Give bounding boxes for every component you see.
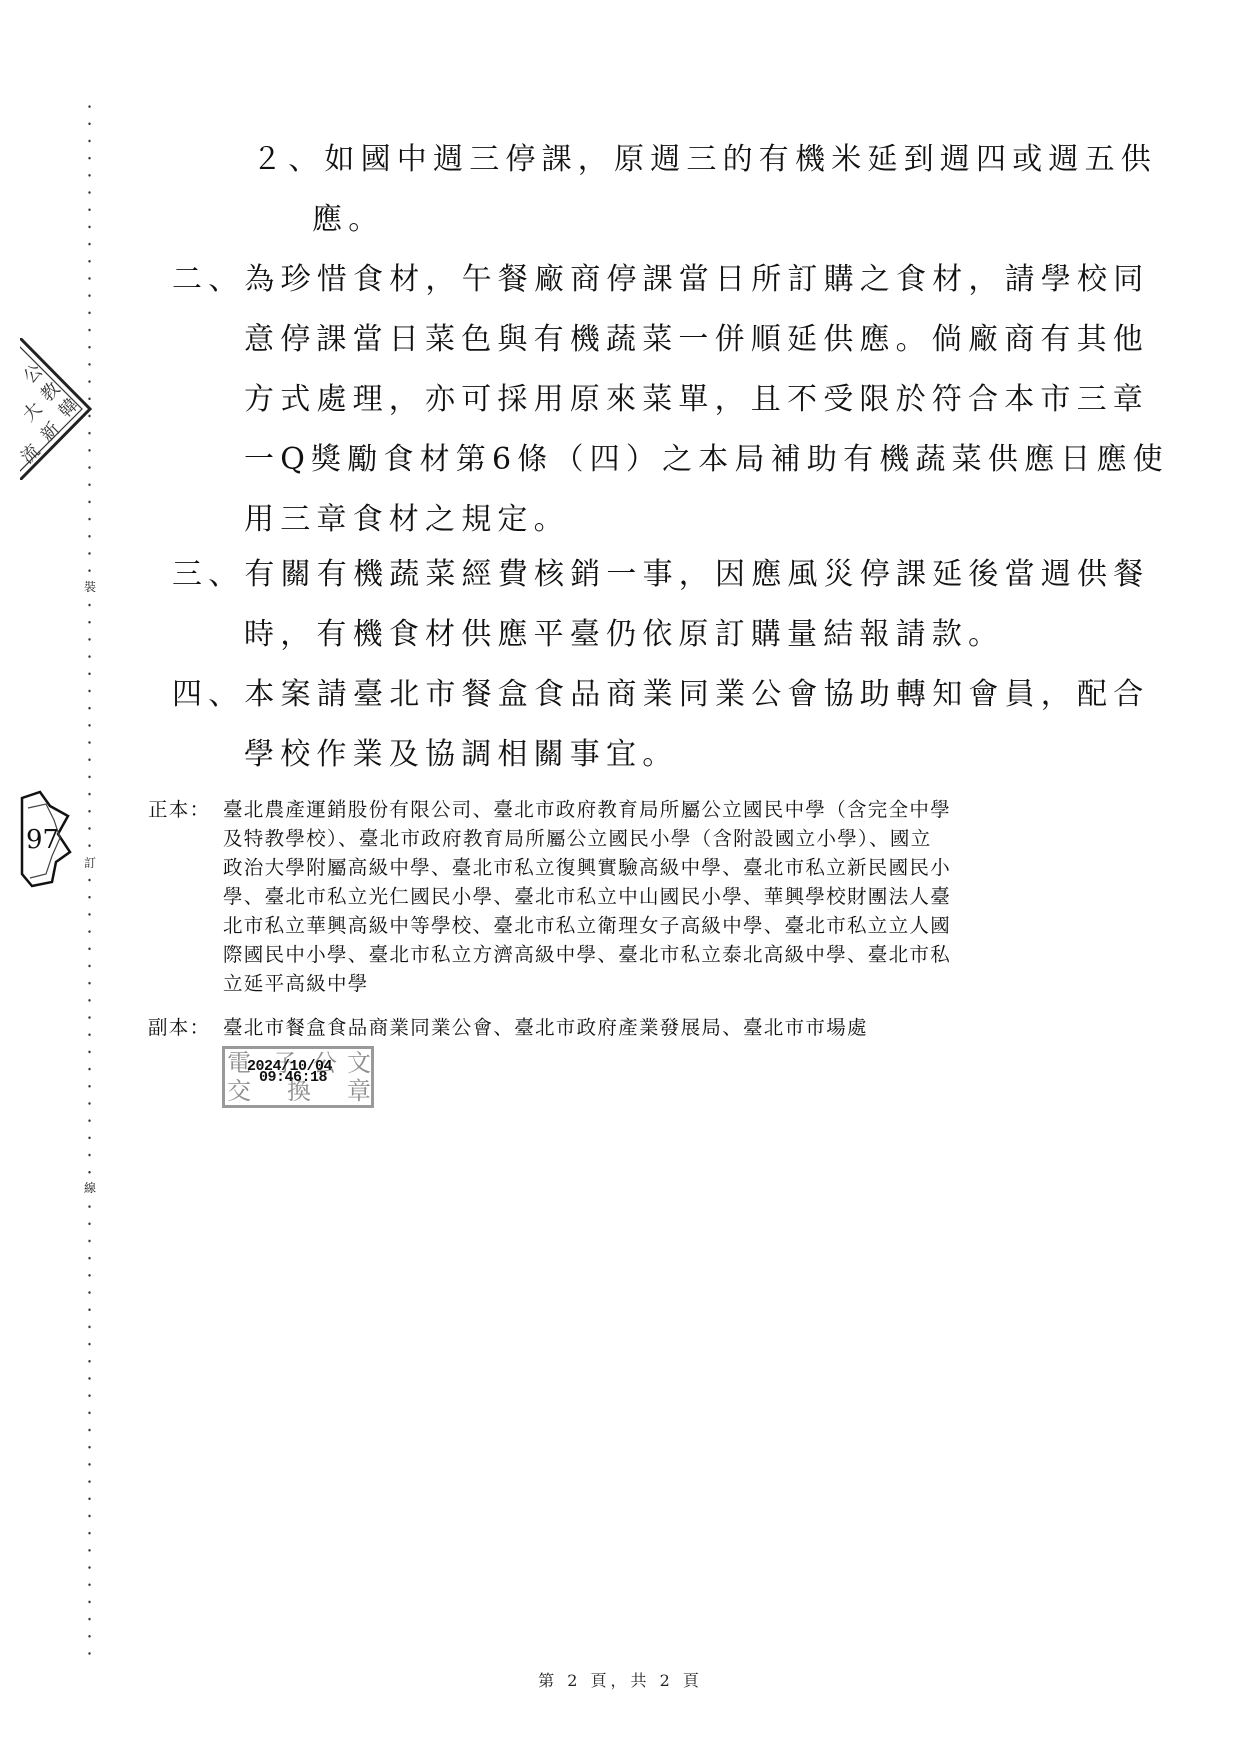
recipient-line: 政治大學附屬高級中學、臺北市私立復興實驗高級中學、臺北市私立新民國民小 <box>223 853 951 882</box>
paragraph-line: 一Q獎勵食材第6條（四）之本局補助有機蔬菜供應日應使 <box>172 430 1169 490</box>
paragraph-line: 時，有機食材供應平臺仍依原訂購量結報請款。 <box>172 605 1149 665</box>
official-seal-number-icon: 97 <box>18 790 73 890</box>
official-seal-diamond-icon: 公 教 韓 大 新 流 <box>20 338 92 480</box>
paragraph-line: ２、如國中週三停課，原週三的有機米延到週四或週五供 <box>252 130 1157 190</box>
page-number-footer: 第 2 頁，共 2 頁 <box>0 1668 1241 1691</box>
stamp-char: 章 <box>347 1079 371 1103</box>
stamp-time: 09:46:18 <box>259 1070 327 1085</box>
paragraph-line: 用三章食材之規定。 <box>172 490 1169 550</box>
paragraph-line: 意停課當日菜色與有機蔬菜一併順延供應。倘廠商有其他 <box>172 310 1169 370</box>
electronic-exchange-stamp: 電 子 公 文 交 換 章 2024/10/04 09:46:18 <box>222 1046 374 1108</box>
recipient-line: 學、臺北市私立光仁國民小學、臺北市私立中山國民小學、華興學校財團法人臺 <box>223 882 951 911</box>
paragraph-line: 二、為珍惜食材，午餐廠商停課當日所訂購之食材，請學校同 <box>172 250 1169 310</box>
margin-label-bind: 裝 <box>82 579 98 595</box>
recipient-line: 際國民中小學、臺北市私立方濟高級中學、臺北市私立泰北高級中學、臺北市私 <box>223 940 951 969</box>
seal-number: 97 <box>26 825 59 855</box>
paragraph-number: 三、 <box>172 545 244 605</box>
stamp-char: 文 <box>347 1051 371 1075</box>
paragraph-item-3: 三、有關有機蔬菜經費核銷一事，因應風災停課延後當週供餐 時，有機食材供應平臺仍依… <box>172 545 1149 665</box>
recipient-line: 臺北市餐盒食品商業同業公會、臺北市政府產業發展局、臺北市市場處 <box>223 1013 868 1042</box>
paragraph-line: 四、本案請臺北市餐盒食品商業同業公會協助轉知會員，配合 <box>172 665 1149 725</box>
binding-margin-dotted-line <box>88 98 91 1668</box>
recipient-line: 及特教學校）、臺北市政府教育局所屬公立國民小學（含附設國立小學）、國立 <box>223 824 951 853</box>
stamp-char: 交 <box>227 1079 251 1103</box>
paragraph-line: 應。 <box>252 190 1157 250</box>
copy-recipients-list: 臺北市餐盒食品商業同業公會、臺北市政府產業發展局、臺北市市場處 <box>223 1013 868 1042</box>
paragraph-line: 三、有關有機蔬菜經費核銷一事，因應風災停課延後當週供餐 <box>172 545 1149 605</box>
primary-recipients-list: 臺北農產運銷股份有限公司、臺北市政府教育局所屬公立國民中學（含完全中學 及特教學… <box>223 795 951 998</box>
paragraph-number: ２、 <box>252 130 324 190</box>
paragraph-item-4: 四、本案請臺北市餐盒食品商業同業公會協助轉知會員，配合 學校作業及協調相關事宜。 <box>172 665 1149 785</box>
copy-recipients-label: 副本： <box>148 1013 210 1042</box>
paragraph-line: 方式處理，亦可採用原來菜單，且不受限於符合本市三章 <box>172 370 1169 430</box>
recipient-line: 立延平高級中學 <box>223 969 951 998</box>
recipient-line: 北市私立華興高級中等學校、臺北市私立衛理女子高級中學、臺北市私立立人國 <box>223 911 951 940</box>
paragraph-number: 四、 <box>172 665 244 725</box>
paragraph-line: 學校作業及協調相關事宜。 <box>172 725 1149 785</box>
primary-recipients-label: 正本： <box>148 795 210 824</box>
paragraph-item-1-2: ２、如國中週三停課，原週三的有機米延到週四或週五供 應。 <box>252 130 1157 250</box>
margin-label-staple: 訂 <box>82 855 98 871</box>
paragraph-number: 二、 <box>172 250 244 310</box>
margin-label-line: 線 <box>82 1180 98 1196</box>
recipient-line: 臺北農產運銷股份有限公司、臺北市政府教育局所屬公立國民中學（含完全中學 <box>223 795 951 824</box>
paragraph-item-2: 二、為珍惜食材，午餐廠商停課當日所訂購之食材，請學校同 意停課當日菜色與有機蔬菜… <box>172 250 1169 550</box>
